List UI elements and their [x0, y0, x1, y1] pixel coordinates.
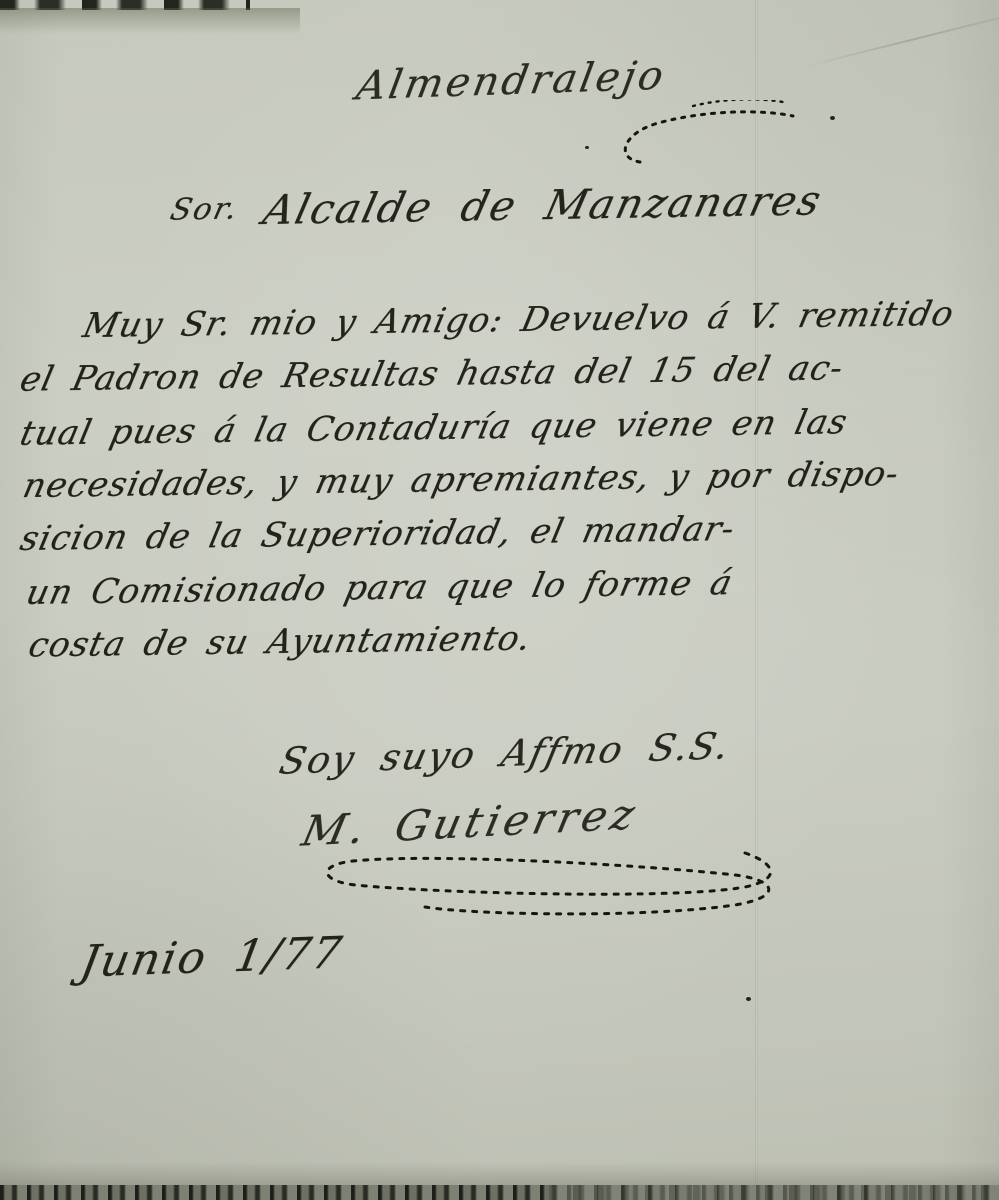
ink-speck: [746, 997, 751, 1001]
body-line: un Comisionado para que lo forme á: [23, 563, 737, 613]
heading-flourish: [545, 100, 805, 179]
ink-speck: [830, 116, 835, 120]
top-edge-shadow: [0, 8, 300, 34]
ink-speck: [585, 146, 589, 149]
scanned-letter-page: Almendralejo Sor.Alcalde de Manzanares M…: [0, 0, 999, 1200]
body-line: necesidades, y muy apremiantes, y por di…: [19, 454, 903, 506]
date-line: Junio 1/77: [77, 927, 347, 987]
bottom-shadow-band: [0, 1162, 999, 1186]
signature-rubric: [315, 835, 795, 934]
salutation-addressee: Alcalde de Manzanares: [259, 176, 827, 234]
body-line: costa de su Ayuntamiento.: [25, 619, 535, 666]
bottom-scan-edge-right: [549, 1185, 999, 1200]
diagonal-crease: [803, 10, 999, 68]
body-line: tual pues á la Contaduría que viene en l…: [16, 402, 851, 453]
body-line: sicion de la Superioridad, el mandar-: [17, 509, 739, 559]
closing-line: Soy suyo Affmo S.S.: [276, 724, 735, 783]
body-line: el Padron de Resultas hasta del 15 del a…: [16, 348, 847, 399]
salutation-line: Sor.Alcalde de Manzanares: [165, 176, 827, 235]
body-line: Muy Sr. mio y Amigo: Devuelvo á V. remit…: [79, 294, 958, 346]
salutation-abbreviation: Sor.: [167, 191, 243, 227]
